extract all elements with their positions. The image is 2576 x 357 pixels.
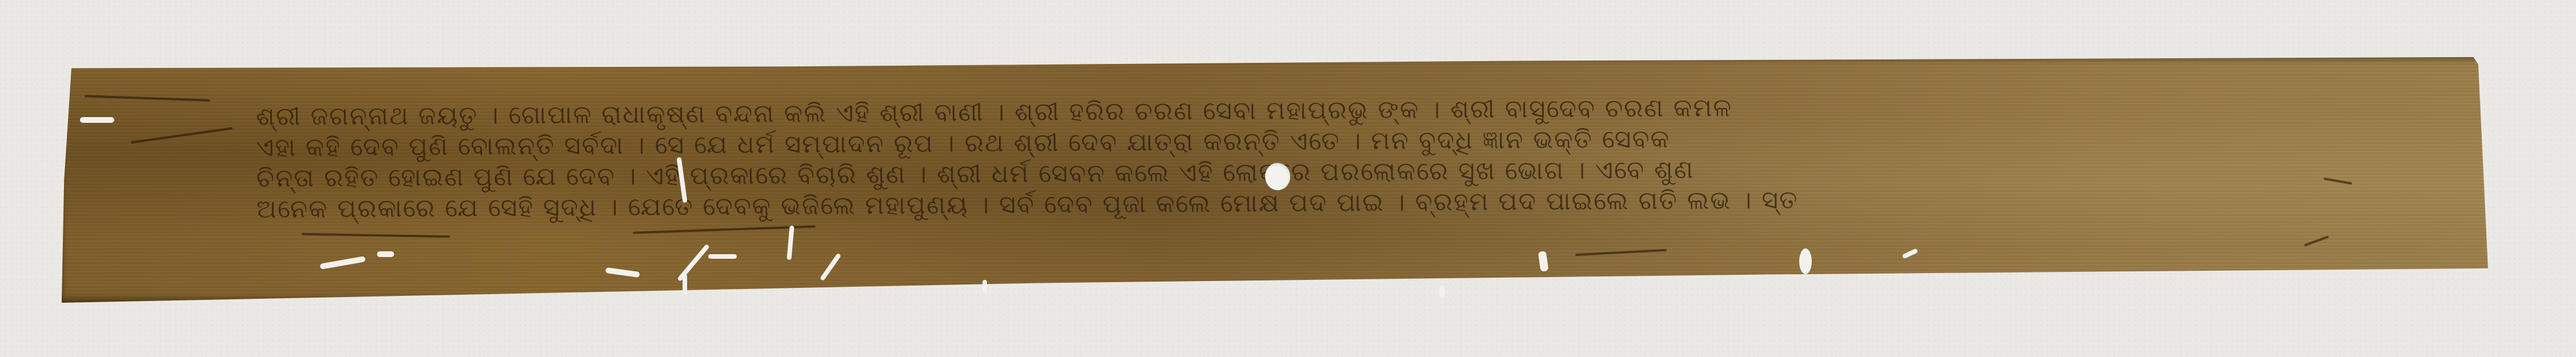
damage-hole	[982, 280, 987, 292]
damage-hole	[377, 251, 394, 257]
manuscript-text: ଶ୍ରୀ ଜଗନ୍ନାଥ ଜୟତୁ । ଗୋପାଳ ରାଧାକୃଷ୍ଣ ବନ୍ଦ…	[256, 89, 2427, 225]
damage-hole	[708, 254, 737, 259]
damage-hole	[1799, 248, 1812, 274]
string-hole	[1265, 163, 1290, 190]
damage-hole	[1439, 286, 1445, 297]
damage-hole	[80, 117, 114, 123]
